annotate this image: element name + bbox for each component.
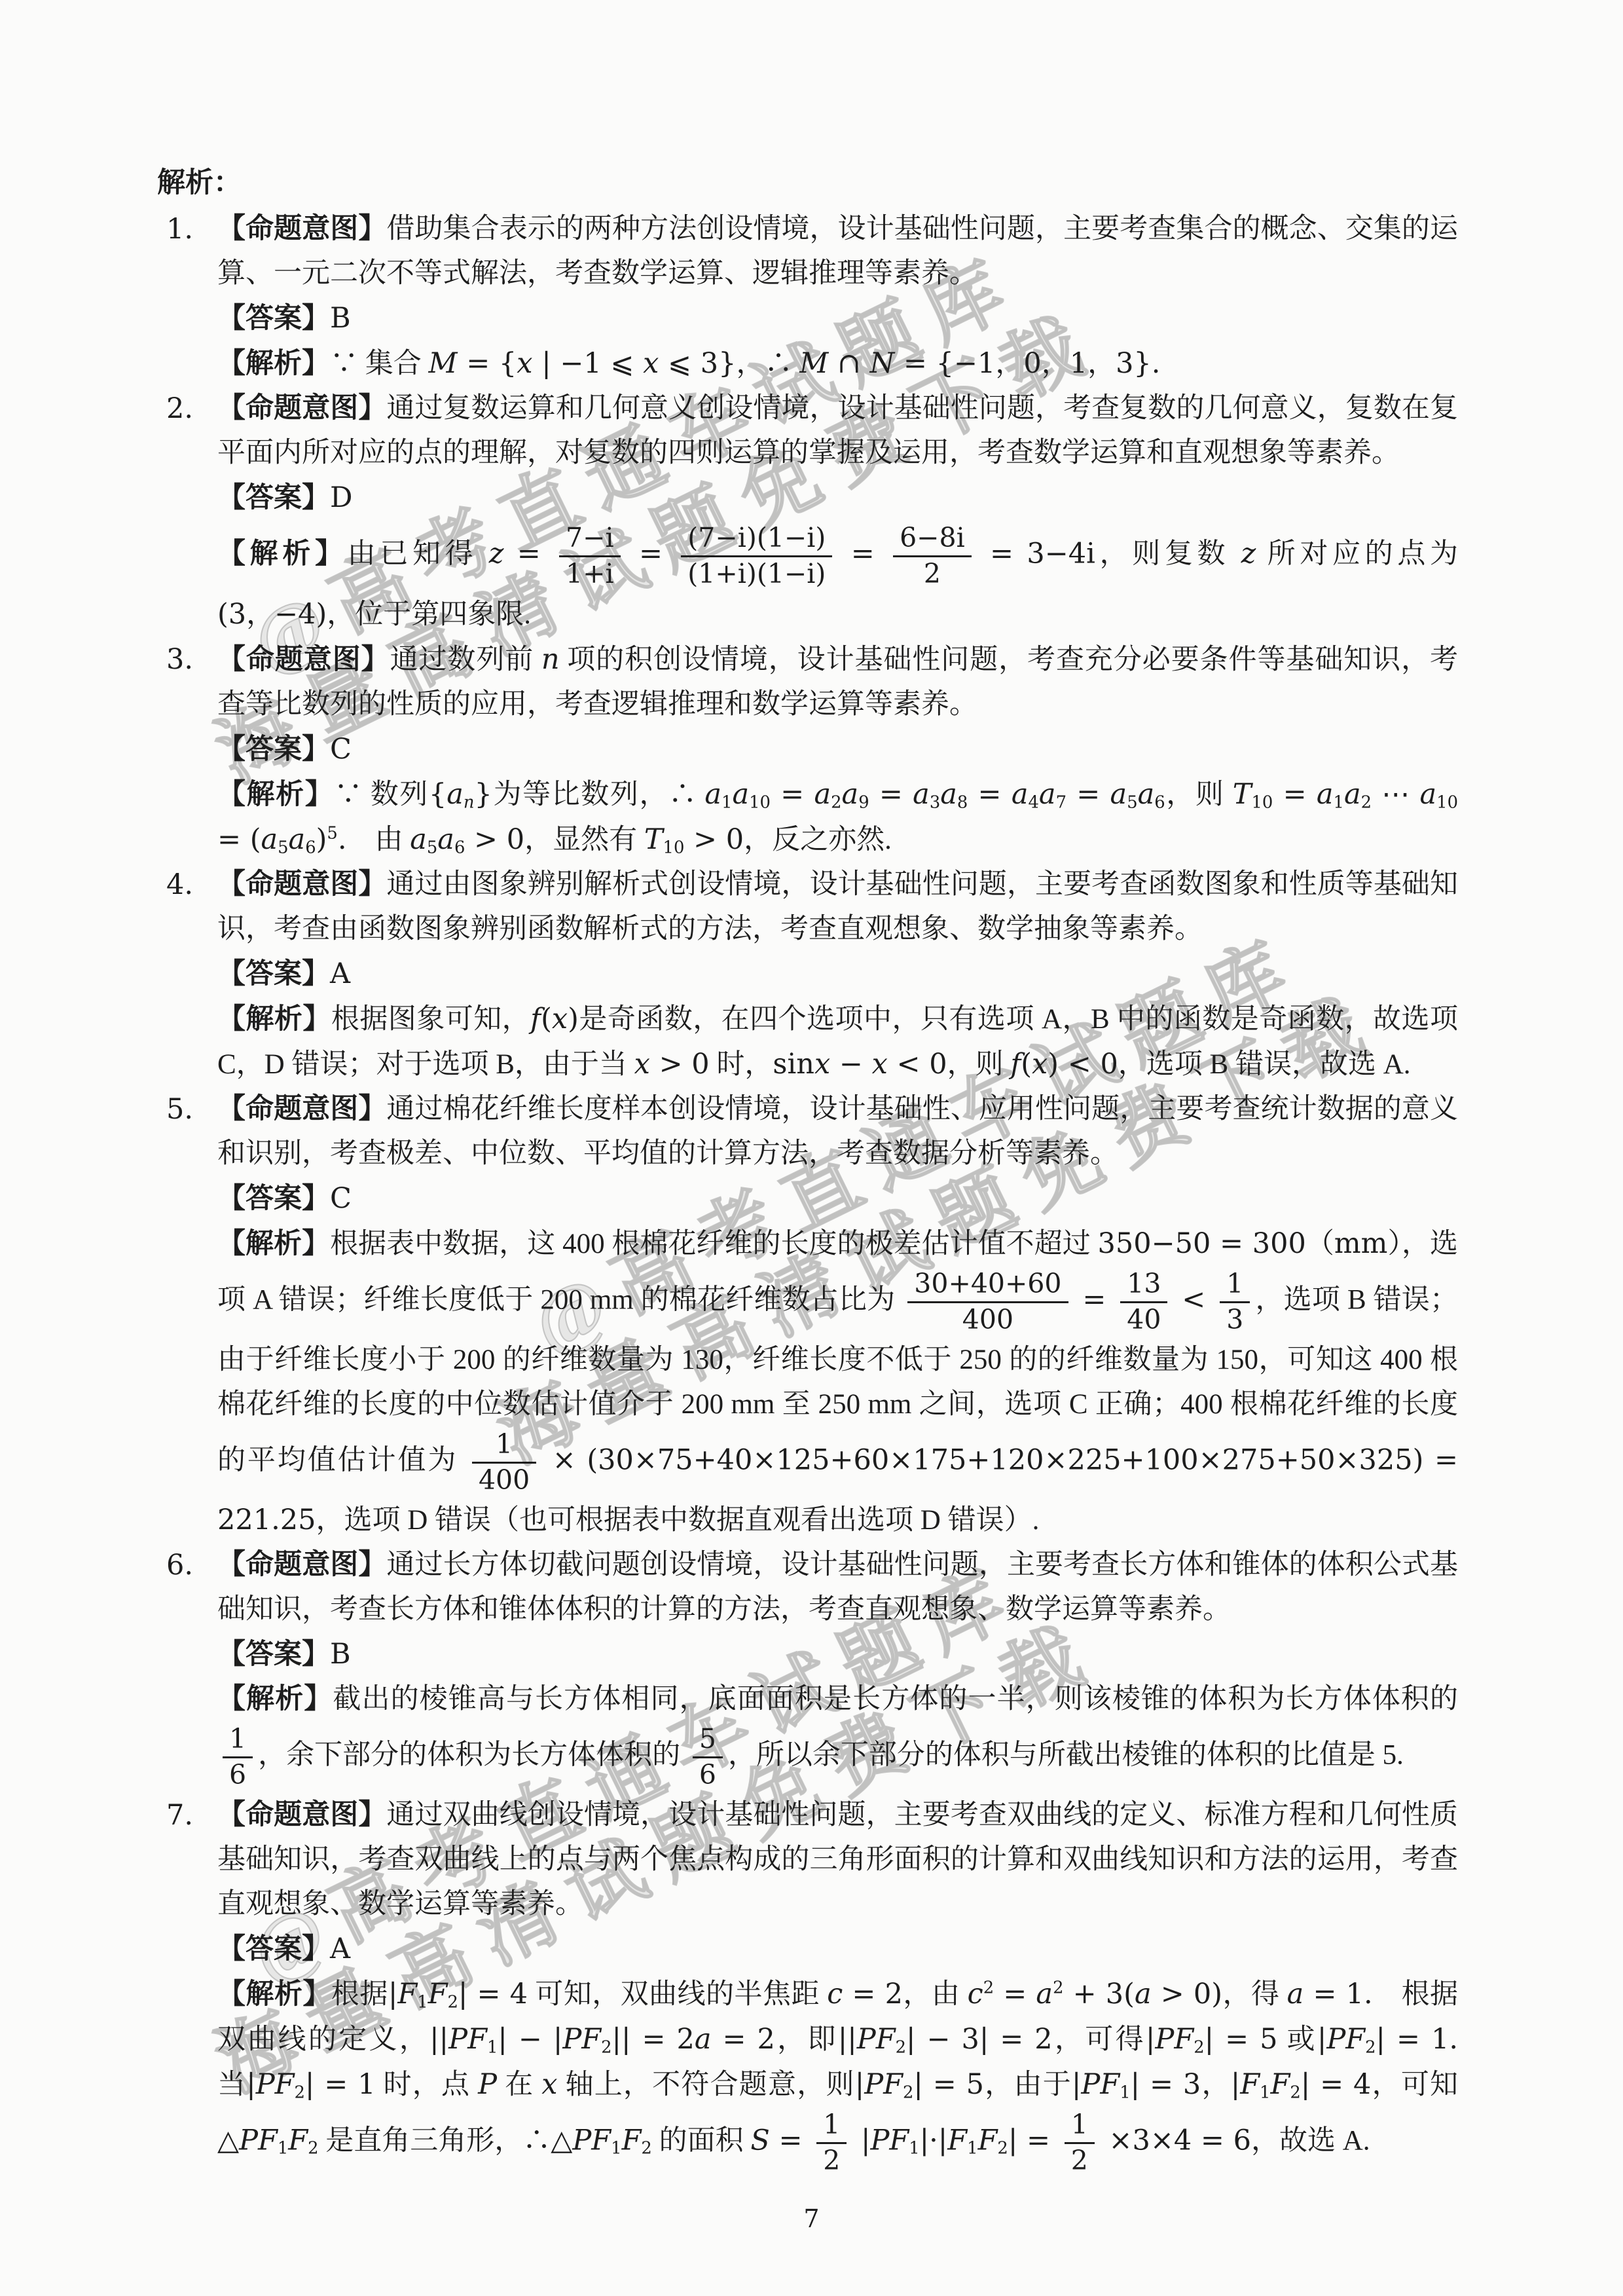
- variable-run: S: [750, 2124, 769, 2157]
- intent-paragraph: 【命题意图】通过双曲线创设情境，设计基础性问题，主要考查双曲线的定义、标准方程和…: [217, 1793, 1458, 1927]
- math-run: = 2: [843, 1978, 903, 2010]
- variable-run: N: [870, 347, 895, 380]
- variable-run: a: [1138, 778, 1155, 811]
- subscript: 1: [1260, 2083, 1270, 2103]
- subscript: 6: [1154, 792, 1165, 812]
- math-run: sin: [773, 1048, 814, 1081]
- variable-run: a: [1317, 778, 1334, 811]
- item-number: 6.: [166, 1543, 193, 1587]
- variable-run: PF: [562, 2023, 601, 2056]
- solution-item: 4.【命题意图】通过由图象辨别解析式创设情境，设计基础性问题，主要考查函数图象和…: [157, 862, 1458, 1087]
- variable-run: x: [517, 347, 532, 380]
- fraction-denominator: 6: [693, 1756, 723, 1790]
- math-run: = 2: [712, 2023, 775, 2056]
- fraction-numerator: 1: [223, 1724, 253, 1756]
- text-run: 可知，双曲线的半焦距: [528, 1979, 827, 2010]
- variable-run: PF: [857, 2023, 896, 2056]
- variable-run: F: [622, 2124, 642, 2157]
- variable-run: PF: [864, 2068, 903, 2101]
- fraction: 12: [816, 2110, 847, 2176]
- math-run: > 0: [650, 1048, 710, 1081]
- label-run: 【命题意图】: [217, 1549, 386, 1580]
- text-run: 通过棉花纤维长度样本创设情境，设计基础性、应用性问题，主要考查统计数据的意义和识…: [217, 1094, 1458, 1169]
- math-run: |: [1146, 2023, 1156, 2056]
- math-run: || = 2: [612, 2023, 695, 2056]
- answer-line: 【答案】A: [217, 952, 1458, 997]
- fraction: 30+40+60400: [907, 1269, 1068, 1335]
- math-run: ): [316, 823, 327, 856]
- answer-value: A: [330, 1933, 350, 1965]
- math-run: =: [1067, 778, 1110, 811]
- text-run: ，即: [775, 2024, 838, 2055]
- subscript: 2: [997, 2139, 1008, 2158]
- fraction: 1400: [472, 1430, 536, 1496]
- subscript: 2: [1194, 2038, 1204, 2058]
- fraction-numerator: 1: [816, 2110, 847, 2142]
- fraction: 6−8i2: [893, 523, 972, 589]
- text-run: ∵ 数列: [334, 779, 429, 810]
- fraction-denominator: 2: [1065, 2142, 1095, 2176]
- text-run: 通过由图象辨别解析式创设情境，设计基础性问题，主要考查函数图象和性质等基础知识，…: [217, 869, 1458, 944]
- variable-run: T: [1233, 778, 1252, 811]
- math-run: | = 3，|: [1131, 2068, 1241, 2101]
- document-page: @高考直通车试题库 海量高清试题免费下载 @高考直通车试题库 海量高清试题免费下…: [0, 0, 1623, 2296]
- math-run: =: [1074, 1283, 1116, 1316]
- fraction-denominator: 400: [472, 1462, 536, 1496]
- subscript: 5: [1127, 792, 1137, 812]
- text-run: ，得: [1222, 1979, 1287, 2010]
- section-heading: 解析：: [157, 161, 1458, 206]
- text-run: 通过双曲线创设情境，设计基础性问题，主要考查双曲线的定义、标准方程和几何性质基础…: [217, 1800, 1458, 1919]
- analysis-paragraph: 【解析】∵ 集合 M = {x | −1 ⩽ x ⩽ 3}，∴ M ∩ N = …: [217, 341, 1458, 386]
- text-run: 根据: [331, 1979, 388, 2010]
- fraction: (7−i)(1−i)(1+i)(1−i): [681, 523, 832, 589]
- variable-run: PF: [239, 2124, 278, 2157]
- variable-run: T: [644, 823, 663, 856]
- text-run: 由已知得: [348, 538, 489, 569]
- variable-run: a: [1420, 778, 1437, 811]
- fraction: 13: [1220, 1269, 1250, 1335]
- subscript: 2: [308, 2139, 318, 2158]
- solution-item: 1.【命题意图】借助集合表示的两种方法创设情境，设计基础性问题，主要考查集合的概…: [157, 207, 1458, 386]
- math-run: = (: [217, 823, 261, 856]
- item-number: 5.: [166, 1087, 193, 1132]
- subscript: 10: [663, 838, 685, 857]
- variable-run: F: [1240, 2068, 1260, 2101]
- answer-value: C: [330, 733, 352, 766]
- math-run: | = 4: [458, 1978, 528, 2010]
- variable-run: a: [1287, 1978, 1304, 2010]
- text-run: 借助集合表示的两种方法创设情境，设计基础性问题，主要考查集合的概念、交集的运算、…: [217, 213, 1458, 289]
- math-run: > 0: [465, 823, 524, 856]
- text-run: 根据表中数据，这 400 根棉花纤维的长度的极差估计值不超过: [330, 1229, 1097, 1259]
- math-run: =: [770, 2124, 811, 2157]
- subscript: 2: [831, 792, 841, 812]
- answer-value: C: [330, 1182, 352, 1215]
- math-run: | − |: [498, 2023, 562, 2056]
- answer-label: 【答案】: [217, 959, 330, 990]
- solution-item: 6.【命题意图】通过长方体切截问题创设情境，设计基础性问题，主要考查长方体和锥体…: [157, 1543, 1458, 1793]
- text-run: ，反之亦然.: [744, 824, 892, 855]
- subscript: 1: [611, 2139, 621, 2158]
- fraction-denominator: 2: [893, 555, 972, 589]
- text-run: ，则: [947, 1049, 1011, 1080]
- variable-run: PF: [256, 2068, 295, 2101]
- subscript: 5: [278, 838, 288, 857]
- variable-run: P: [478, 2068, 497, 2101]
- intent-paragraph: 【命题意图】通过复数运算和几何意义创设情境，设计基础性问题，考查复数的几何意义，…: [217, 386, 1458, 475]
- math-run: ): [568, 1003, 579, 1035]
- subscript: 6: [454, 838, 465, 857]
- label-run: 【命题意图】: [217, 213, 386, 244]
- item-number: 7.: [166, 1793, 193, 1838]
- variable-run: n: [541, 643, 560, 676]
- subscript: 2: [896, 2038, 906, 2058]
- math-run: △: [551, 2124, 572, 2157]
- variable-run: a: [289, 823, 306, 856]
- answer-label: 【答案】: [217, 734, 330, 765]
- math-run: + 3(: [1063, 1978, 1134, 2010]
- variable-run: x: [643, 347, 659, 380]
- variable-run: c: [968, 1978, 983, 2010]
- variable-run: a: [437, 823, 454, 856]
- text-run: 时，: [710, 1049, 773, 1080]
- variable-run: F: [978, 2124, 998, 2157]
- text-run: ，选项 B 错误，故选 A.: [1118, 1049, 1411, 1080]
- page-number: 7: [0, 2196, 1623, 2241]
- subscript: 9: [858, 792, 869, 812]
- variable-run: a: [814, 778, 831, 811]
- fraction-numerator: 7−i: [559, 523, 621, 555]
- label-run: 【解析】: [217, 779, 334, 810]
- analysis-paragraph: 【解析】根据表中数据，这 400 根棉花纤维的长度的极差估计值不超过 350−5…: [217, 1221, 1458, 1544]
- math-run: =: [771, 778, 814, 811]
- text-run: ，余下部分的体积为长方体体积的: [258, 1740, 687, 1771]
- text-run: ，则: [1165, 779, 1233, 810]
- text-run: 的面积: [652, 2126, 751, 2157]
- subscript: 2: [447, 1993, 458, 2012]
- variable-run: a: [1036, 1978, 1053, 2010]
- answer-line: 【答案】A: [217, 1927, 1458, 1972]
- math-run: (: [541, 1003, 552, 1035]
- answer-line: 【答案】B: [217, 1632, 1458, 1677]
- item-number: 3.: [166, 637, 193, 682]
- math-run: {: [429, 778, 447, 811]
- fraction-numerator: (7−i)(1−i): [681, 523, 832, 555]
- variable-run: z: [1241, 537, 1256, 570]
- fraction-numerator: 5: [693, 1724, 723, 1756]
- answer-label: 【答案】: [217, 483, 330, 513]
- math-run: = {: [458, 347, 517, 380]
- math-run: =: [994, 1978, 1036, 2010]
- label-run: 【解析】: [217, 1979, 331, 2010]
- fraction-numerator: 6−8i: [893, 523, 972, 555]
- answer-label: 【答案】: [217, 303, 330, 334]
- variable-run: PF: [448, 2023, 487, 2056]
- math-run: = 3−4i: [977, 537, 1095, 570]
- answer-line: 【答案】D: [217, 475, 1458, 521]
- answer-label: 【答案】: [217, 1934, 330, 1965]
- text-run: ，由于: [984, 2069, 1072, 2100]
- variable-run: F: [397, 1978, 417, 2010]
- math-run: ||: [429, 2023, 448, 2056]
- variable-run: x: [872, 1048, 888, 1081]
- math-run: |: [852, 2124, 870, 2157]
- math-run: =: [869, 778, 913, 811]
- math-run: }: [475, 778, 492, 811]
- variable-run: x: [552, 1003, 568, 1035]
- text-run: ，可知: [1371, 2069, 1458, 2100]
- label-run: 【命题意图】: [217, 869, 386, 900]
- subscript: 2: [1290, 2083, 1300, 2103]
- intent-paragraph: 【命题意图】通过长方体切截问题创设情境，设计基础性问题，主要考查长方体和锥体的体…: [217, 1543, 1458, 1632]
- subscript: 2: [1365, 2038, 1376, 2058]
- answer-value: B: [330, 302, 351, 335]
- math-run: (3，−4): [217, 598, 327, 631]
- label-run: 【命题意图】: [217, 393, 386, 424]
- fraction-numerator: 1: [1065, 2110, 1095, 2142]
- text-run: 通过复数运算和几何意义创设情境，设计基础性问题，考查复数的几何意义，复数在复平面…: [217, 393, 1458, 468]
- text-run: ，显然有: [524, 824, 644, 855]
- solution-item: 2.【命题意图】通过复数运算和几何意义创设情境，设计基础性问题，考查复数的几何意…: [157, 386, 1458, 637]
- subscript: 2: [1361, 792, 1372, 812]
- text-run: ，所以余下部分的体积与所截出棱锥的体积的比值是 5.: [728, 1740, 1404, 1771]
- math-run: | −1 ⩽: [533, 347, 644, 380]
- math-run: > 0: [684, 823, 744, 856]
- fraction-numerator: 1: [472, 1430, 536, 1462]
- variable-run: c: [827, 1978, 843, 2010]
- answer-line: 【答案】C: [217, 727, 1458, 772]
- math-run: | = 4: [1301, 2068, 1372, 2101]
- label-run: 【解析】: [217, 1229, 330, 1259]
- subscript: 2: [641, 2139, 651, 2158]
- fraction-numerator: 13: [1120, 1269, 1167, 1301]
- math-run: = 1.: [1304, 1978, 1372, 2010]
- variable-run: f: [1010, 1048, 1021, 1081]
- subscript: 7: [1056, 792, 1067, 812]
- math-run: > 0): [1152, 1978, 1222, 2010]
- text-run: ，选项 D 错误（也可根据表中数据直观看出选项 D 错误）.: [316, 1505, 1039, 1536]
- math-run: ||: [838, 2023, 857, 2056]
- item-number: 1.: [166, 207, 193, 251]
- math-run: ⋯: [1372, 778, 1420, 811]
- math-run: =: [503, 537, 554, 570]
- page-content: 解析： 1.【命题意图】借助集合表示的两种方法创设情境，设计基础性问题，主要考查…: [0, 0, 1623, 2179]
- fraction-denominator: 6: [223, 1756, 253, 1790]
- answer-label: 【答案】: [217, 1183, 330, 1214]
- math-run: | =: [1008, 2124, 1059, 2157]
- text-run: ，可得: [1053, 2024, 1146, 2055]
- math-run: |: [1317, 2023, 1327, 2056]
- math-run: | = 1: [305, 2068, 376, 2101]
- math-run: =: [626, 537, 676, 570]
- text-run: 轴上，不符合题意，则: [558, 2069, 855, 2100]
- fraction: 12: [1065, 2110, 1095, 2176]
- variable-run: x: [541, 2068, 557, 2101]
- math-run: < 0: [888, 1048, 947, 1081]
- variable-run: a: [704, 778, 721, 811]
- variable-run: a: [913, 778, 930, 811]
- answer-value: A: [330, 957, 350, 990]
- math-run: | = 5: [1205, 2023, 1278, 2056]
- math-run: ) < 0: [1048, 1048, 1118, 1081]
- analysis-paragraph: 【解析】根据图象可知，f(x)是奇函数，在四个选项中，只有选项 A，B 中的函数…: [217, 997, 1458, 1087]
- math-run: ∩: [828, 347, 869, 380]
- subscript: 1: [721, 792, 732, 812]
- math-run: =: [968, 778, 1012, 811]
- solution-item: 3.【命题意图】通过数列前 n 项的积创设情境，设计基础性问题，考查充分必要条件…: [157, 637, 1458, 862]
- fraction: 16: [223, 1724, 253, 1790]
- fraction-numerator: 1: [1220, 1269, 1250, 1301]
- label-run: 【命题意图】: [217, 1800, 386, 1830]
- fraction-denominator: 3: [1220, 1301, 1250, 1335]
- variable-run: F: [1270, 2068, 1290, 2101]
- subscript: 6: [305, 838, 316, 857]
- subscript: 2: [903, 2083, 913, 2103]
- fraction: 1340: [1120, 1269, 1167, 1335]
- variable-run: a: [1012, 778, 1029, 811]
- variable-run: x: [814, 1048, 830, 1081]
- math-run: = {−1，0，1，3}.: [894, 347, 1160, 380]
- intent-paragraph: 【命题意图】通过棉花纤维长度样本创设情境，设计基础性、应用性问题，主要考查统计数…: [217, 1087, 1458, 1176]
- variable-run: M: [799, 347, 828, 380]
- subscript: 3: [930, 792, 940, 812]
- math-run: =: [837, 537, 888, 570]
- text-run: 为等比数列，∴: [492, 779, 705, 810]
- subscript: 5: [427, 838, 437, 857]
- label-run: 【命题意图】: [217, 1094, 386, 1124]
- variable-run: PF: [1081, 2068, 1120, 2101]
- answer-line: 【答案】C: [217, 1176, 1458, 1221]
- superscript: 2: [1053, 1978, 1063, 1998]
- variable-run: a: [410, 823, 427, 856]
- answer-value: D: [330, 481, 352, 514]
- subscript: 10: [749, 792, 771, 812]
- math-run: ⩽ 3}: [659, 347, 736, 380]
- label-run: 【解析】: [217, 1684, 333, 1714]
- subscript: 2: [601, 2038, 611, 2058]
- variable-run: a: [1039, 778, 1056, 811]
- math-run: ×3×4 = 6: [1100, 2124, 1251, 2157]
- math-run: | = 5: [913, 2068, 984, 2101]
- text-run: 或: [1277, 2024, 1317, 2055]
- label-run: 【解析】: [217, 348, 330, 379]
- math-run: | = 1.: [1376, 2023, 1459, 2056]
- subscript: 1: [278, 2139, 288, 2158]
- math-run: |: [388, 1978, 398, 2010]
- variable-run: a: [732, 778, 749, 811]
- solutions-list: 1.【命题意图】借助集合表示的两种方法创设情境，设计基础性问题，主要考查集合的概…: [157, 207, 1458, 2179]
- math-run: |: [1072, 2068, 1082, 2101]
- variable-run: PF: [1155, 2023, 1194, 2056]
- text-run: ，故选 A.: [1251, 2126, 1370, 2157]
- intent-paragraph: 【命题意图】借助集合表示的两种方法创设情境，设计基础性问题，主要考查集合的概念、…: [217, 207, 1458, 296]
- text-run: ∵ 集合: [330, 348, 429, 379]
- variable-run: a: [1344, 778, 1361, 811]
- math-run: .: [338, 823, 347, 856]
- variable-run: z: [489, 537, 504, 570]
- subscript: 4: [1029, 792, 1039, 812]
- math-run: −: [830, 1048, 871, 1081]
- subscript: 8: [957, 792, 968, 812]
- text-run: ，由: [903, 1979, 968, 2010]
- fraction-denominator: 400: [907, 1301, 1068, 1335]
- text-run: 时，点: [376, 2069, 479, 2100]
- text-run: 由: [346, 824, 410, 855]
- text-run: ，位于第四象限.: [327, 599, 531, 630]
- variable-run: a: [940, 778, 957, 811]
- analysis-paragraph: 【解析】截出的棱锥高与长方体相同，底面面积是长方体的一半，则该棱锥的体积为长方体…: [217, 1677, 1458, 1793]
- math-run: =: [1273, 778, 1317, 811]
- answer-value: B: [330, 1638, 351, 1671]
- math-run: (: [1021, 1048, 1032, 1081]
- variable-run: f: [530, 1003, 541, 1035]
- math-run: <: [1173, 1283, 1214, 1316]
- subscript: 2: [295, 2083, 305, 2103]
- text-run: 通过数列前: [390, 644, 541, 675]
- solution-item: 7.【命题意图】通过双曲线创设情境，设计基础性问题，主要考查双曲线的定义、标准方…: [157, 1793, 1458, 2179]
- subscript: n: [464, 792, 475, 812]
- variable-run: x: [1032, 1048, 1048, 1081]
- intent-paragraph: 【命题意图】通过数列前 n 项的积创设情境，设计基础性问题，考查充分必要条件等基…: [217, 637, 1458, 727]
- variable-run: F: [947, 2124, 967, 2157]
- text-run: 根据图象可知，: [331, 1004, 530, 1035]
- fraction-denominator: 2: [816, 2142, 847, 2176]
- subscript: 1: [967, 2139, 977, 2158]
- solution-item: 5.【命题意图】通过棉花纤维长度样本创设情境，设计基础性、应用性问题，主要考查统…: [157, 1087, 1458, 1544]
- text-run: 在: [497, 2069, 541, 2100]
- variable-run: a: [1135, 1978, 1152, 2010]
- text-run: ，则复数: [1095, 538, 1241, 569]
- subscript: 1: [1334, 792, 1344, 812]
- text-run: ，∴: [736, 348, 799, 379]
- math-run: 350−50 = 300（mm）: [1098, 1227, 1402, 1260]
- variable-run: a: [695, 2023, 712, 2056]
- variable-run: a: [261, 823, 278, 856]
- subscript: 1: [487, 2038, 498, 2058]
- text-run: 通过长方体切截问题创设情境，设计基础性问题，主要考查长方体和锥体的体积公式基础知…: [217, 1549, 1458, 1625]
- subscript: 1: [909, 2139, 919, 2158]
- variable-run: M: [429, 347, 458, 380]
- variable-run: PF: [1326, 2023, 1365, 2056]
- math-run: |: [246, 2068, 256, 2101]
- superscript: 5: [327, 823, 337, 843]
- analysis-paragraph: 【解析】∵ 数列{an}为等比数列，∴ a1a10 = a2a9 = a3a8 …: [217, 772, 1458, 862]
- fraction-denominator: 1+i: [559, 555, 621, 589]
- variable-run: PF: [870, 2124, 909, 2157]
- superscript: 2: [983, 1978, 994, 1998]
- label-run: 【命题意图】: [217, 644, 390, 675]
- fraction: 56: [693, 1724, 723, 1790]
- item-number: 2.: [166, 386, 193, 431]
- item-number: 4.: [166, 862, 193, 907]
- subscript: 1: [417, 1993, 428, 2012]
- math-run: |: [855, 2068, 865, 2101]
- variable-run: x: [634, 1048, 650, 1081]
- analysis-paragraph: 【解析】根据|F1F2| = 4 可知，双曲线的半焦距 c = 2，由 c2 =…: [217, 1972, 1458, 2179]
- text-run: 截出的棱锥高与长方体相同，底面面积是长方体的一半，则该棱锥的体积为长方体体积的: [333, 1684, 1458, 1714]
- math-run: |·|: [920, 2124, 948, 2157]
- variable-run: a: [1110, 778, 1127, 811]
- answer-line: 【答案】B: [217, 296, 1458, 341]
- math-run: | − 3| = 2: [906, 2023, 1053, 2056]
- variable-run: a: [447, 778, 464, 811]
- text-run: 所对应的点为: [1256, 538, 1458, 569]
- fraction-denominator: (1+i)(1−i): [681, 555, 832, 589]
- variable-run: F: [428, 1978, 448, 2010]
- analysis-paragraph: 【解析】由已知得 z = 7−i1+i = (7−i)(1−i)(1+i)(1−…: [217, 521, 1458, 637]
- variable-run: a: [842, 778, 859, 811]
